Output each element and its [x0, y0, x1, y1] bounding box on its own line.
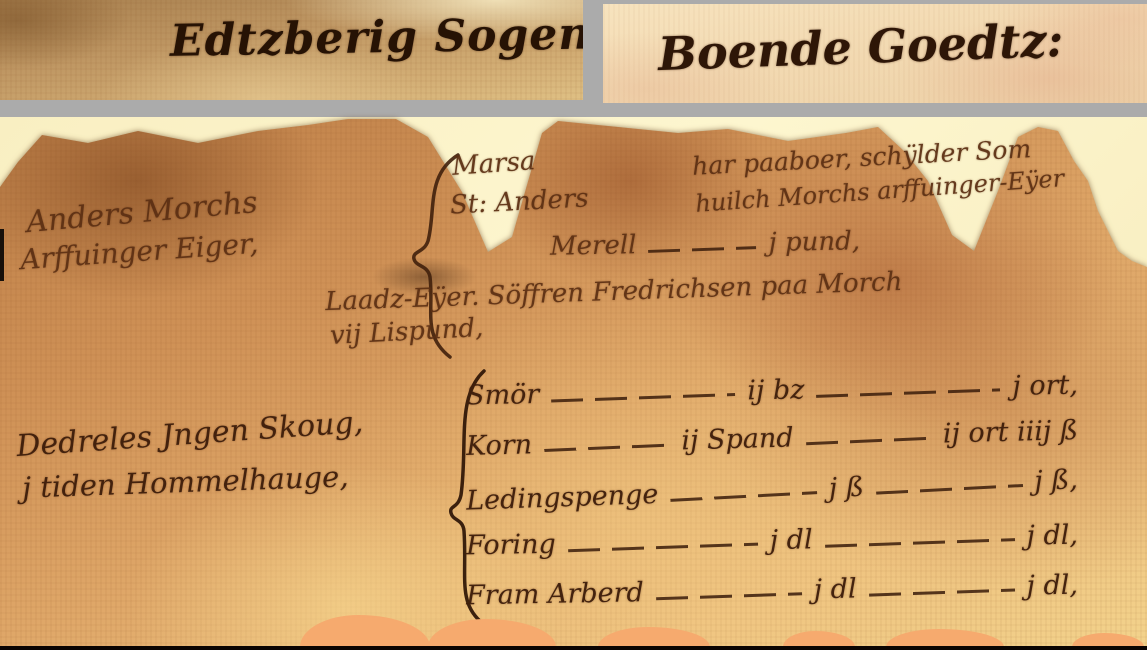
parish-title: Edtzberig Sogen,	[170, 8, 583, 67]
ledger-item-qty: j dl	[769, 524, 812, 556]
ledger-item-name: Merell	[550, 230, 637, 262]
ledger-item-value: j dl,	[1026, 570, 1078, 602]
dash-connector	[816, 388, 1000, 397]
ledger-item-qty: j ß	[828, 472, 864, 504]
ledger-item-name: Smör	[466, 379, 540, 411]
ledger-item-qty: ij Spand	[681, 422, 794, 456]
ledger-item-value: j pund,	[768, 226, 860, 258]
main-document-scan: Anders Morchs Arffuinger Eiger, Marsa ha…	[0, 117, 1147, 650]
header-crop-parish: Edtzberig Sogen,	[0, 0, 583, 100]
dash-connector	[544, 444, 669, 452]
entry1-merell-row: Merell j pund,	[550, 226, 860, 261]
section-title: Boende Goedtz:	[657, 13, 1064, 81]
dash-connector	[806, 437, 931, 445]
entry1-row1-left: Marsa	[451, 146, 536, 182]
dash-connector	[568, 543, 758, 553]
scan-left-edge	[0, 229, 4, 281]
ledger-item-name: Foring	[466, 529, 556, 562]
dash-connector	[670, 491, 817, 502]
manuscript-page: Edtzberig Sogen, Boende Goedtz: Anders M…	[0, 0, 1147, 650]
ledger-item-value: j ß,	[1034, 464, 1079, 497]
ledger-item-value: j dl,	[1026, 520, 1078, 552]
dash-connector	[656, 592, 802, 600]
ledger-item-qty: ij bz	[747, 374, 805, 406]
ledger-item-name: Fram Arberd	[466, 577, 644, 611]
dash-connector	[869, 588, 1015, 596]
dash-connector	[876, 484, 1023, 495]
dash-connector	[825, 538, 1015, 548]
dash-connector	[649, 246, 757, 253]
ledger-item-qty: j dl	[813, 574, 856, 606]
header-crop-section: Boende Goedtz:	[603, 4, 1147, 103]
dash-connector	[551, 393, 735, 402]
ledger-item-value: ij ort iiij ß	[942, 415, 1078, 450]
ledger-item-value: j ort,	[1012, 370, 1078, 402]
scan-bottom-edge	[0, 646, 1147, 650]
ledger-item-name: Korn	[466, 429, 533, 462]
